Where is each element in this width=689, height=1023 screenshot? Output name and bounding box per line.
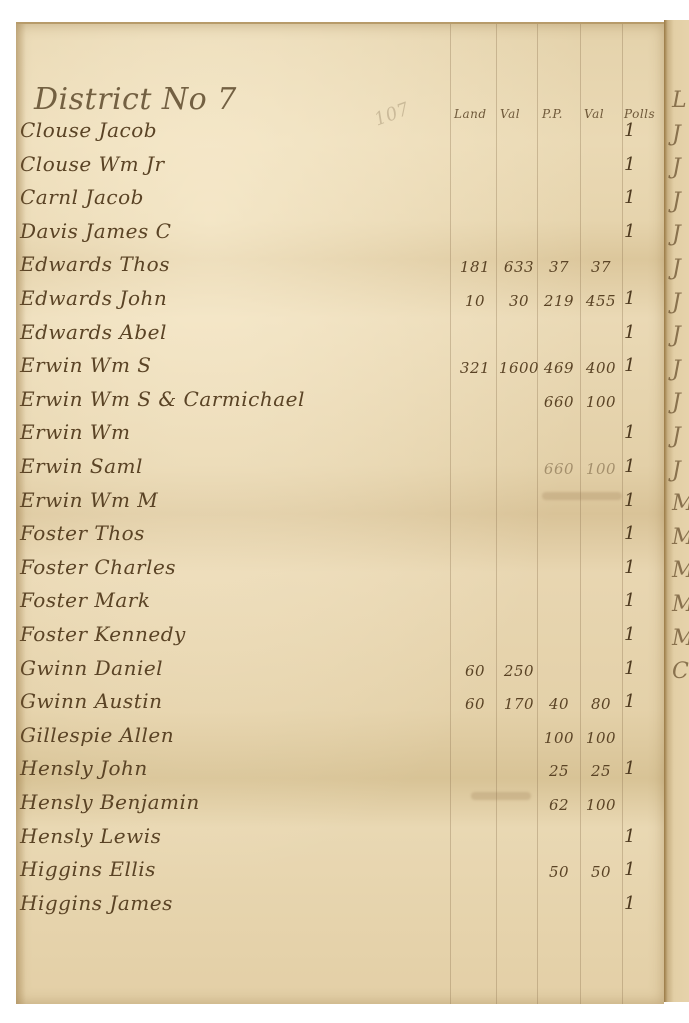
cell-polls: 1 bbox=[624, 691, 636, 712]
taxpayer-name: Foster Mark bbox=[20, 588, 150, 612]
cell-val2: 100 bbox=[578, 393, 624, 411]
cell-polls: 1 bbox=[624, 187, 636, 208]
cell-val2: 37 bbox=[578, 258, 624, 276]
cell-pp: 40 bbox=[536, 695, 582, 713]
taxpayer-name: Carnl Jacob bbox=[20, 185, 144, 209]
cell-val2: 100 bbox=[578, 796, 624, 814]
facing-page-letter: M bbox=[672, 626, 689, 651]
cell-polls: 1 bbox=[624, 322, 636, 343]
facing-page-letter: M bbox=[672, 525, 689, 550]
ledger-row: Davis James C1 bbox=[16, 217, 664, 250]
cell-pp: 100 bbox=[536, 729, 582, 747]
taxpayer-name: Hensly Lewis bbox=[20, 824, 161, 848]
cell-land: 60 bbox=[452, 695, 498, 713]
cell-polls: 1 bbox=[624, 456, 636, 477]
cell-land: 10 bbox=[452, 292, 498, 310]
taxpayer-name: Erwin Saml bbox=[20, 454, 143, 478]
cell-pp: 62 bbox=[536, 796, 582, 814]
cell-land: 60 bbox=[452, 662, 498, 680]
facing-page-letter: M bbox=[672, 592, 689, 617]
taxpayer-name: Clouse Wm Jr bbox=[20, 152, 165, 176]
taxpayer-name: Gillespie Allen bbox=[20, 723, 174, 747]
cell-val2: 25 bbox=[578, 762, 624, 780]
cell-pp: 25 bbox=[536, 762, 582, 780]
ledger-row: Clouse Jacob1 bbox=[16, 116, 664, 149]
ledger-row: Erwin Wm S32116004694001 bbox=[16, 351, 664, 384]
taxpayer-name: Foster Charles bbox=[20, 555, 176, 579]
cell-pp: 660 bbox=[536, 393, 582, 411]
cell-polls: 1 bbox=[624, 288, 636, 309]
ledger-row: Gwinn Austin6017040801 bbox=[16, 687, 664, 720]
ledger-row: Gillespie Allen100100 bbox=[16, 721, 664, 754]
taxpayer-name: Clouse Jacob bbox=[20, 118, 157, 142]
ledger-row: Edwards Thos1816333737 bbox=[16, 250, 664, 283]
facing-page-edge: LJJJJJJJJJJJMMMMMC bbox=[664, 20, 689, 1002]
cell-polls: 1 bbox=[624, 557, 636, 578]
cell-pp: 660 bbox=[536, 460, 582, 478]
taxpayer-name: Erwin Wm S bbox=[20, 353, 152, 377]
taxpayer-name: Hensly John bbox=[20, 756, 148, 780]
facing-page-letter: J bbox=[672, 222, 681, 247]
facing-page-letter: J bbox=[672, 189, 681, 214]
cell-land: 321 bbox=[452, 359, 498, 377]
facing-page-letter: J bbox=[672, 122, 681, 147]
facing-page-letter: J bbox=[672, 390, 681, 415]
ledger-row: Foster Kennedy1 bbox=[16, 620, 664, 653]
cell-val2: 80 bbox=[578, 695, 624, 713]
district-title: District No 7 bbox=[34, 82, 237, 117]
ledger-row: Foster Charles1 bbox=[16, 553, 664, 586]
taxpayer-name: Erwin Wm bbox=[20, 420, 130, 444]
taxpayer-name: Davis James C bbox=[20, 219, 171, 243]
cell-polls: 1 bbox=[624, 758, 636, 779]
cell-val2: 455 bbox=[578, 292, 624, 310]
cell-polls: 1 bbox=[624, 355, 636, 376]
ledger-row: Gwinn Daniel602501 bbox=[16, 654, 664, 687]
ledger-row: Higgins James1 bbox=[16, 889, 664, 922]
taxpayer-name: Erwin Wm S & Carmichael bbox=[20, 387, 305, 411]
ledger-row: Hensly Benjamin62100 bbox=[16, 788, 664, 821]
taxpayer-name: Gwinn Daniel bbox=[20, 656, 163, 680]
cell-pp: 50 bbox=[536, 863, 582, 881]
cell-val1: 250 bbox=[496, 662, 542, 680]
cell-polls: 1 bbox=[624, 120, 636, 141]
taxpayer-name: Edwards Abel bbox=[20, 320, 167, 344]
taxpayer-name: Higgins Ellis bbox=[20, 857, 156, 881]
facing-page-letter: J bbox=[672, 357, 681, 382]
facing-page-letter: C bbox=[672, 659, 689, 684]
facing-page-letter: J bbox=[672, 155, 681, 180]
cell-polls: 1 bbox=[624, 221, 636, 242]
cell-polls: 1 bbox=[624, 658, 636, 679]
facing-page-letter: M bbox=[672, 558, 689, 583]
taxpayer-name: Erwin Wm M bbox=[20, 488, 158, 512]
cell-polls: 1 bbox=[624, 893, 636, 914]
ledger-row: Hensly Lewis1 bbox=[16, 822, 664, 855]
ledger-row: Erwin Wm S & Carmichael660100 bbox=[16, 385, 664, 418]
taxpayer-name: Foster Thos bbox=[20, 521, 145, 545]
facing-page-letter: J bbox=[672, 290, 681, 315]
cell-polls: 1 bbox=[624, 624, 636, 645]
cell-pp: 219 bbox=[536, 292, 582, 310]
cell-polls: 1 bbox=[624, 523, 636, 544]
cell-land: 181 bbox=[452, 258, 498, 276]
cell-pp: 37 bbox=[536, 258, 582, 276]
taxpayer-name: Higgins James bbox=[20, 891, 173, 915]
cell-polls: 1 bbox=[624, 422, 636, 443]
taxpayer-name: Gwinn Austin bbox=[20, 689, 163, 713]
facing-page-letter: J bbox=[672, 323, 681, 348]
ledger-row: Foster Thos1 bbox=[16, 519, 664, 552]
facing-page-letter: J bbox=[672, 424, 681, 449]
ledger-row: Erwin Wm M1 bbox=[16, 486, 664, 519]
taxpayer-name: Foster Kennedy bbox=[20, 622, 186, 646]
facing-page-letter: M bbox=[672, 491, 689, 516]
cell-polls: 1 bbox=[624, 590, 636, 611]
taxpayer-name: Hensly Benjamin bbox=[20, 790, 200, 814]
ledger-row: Edwards Abel1 bbox=[16, 318, 664, 351]
cell-polls: 1 bbox=[624, 490, 636, 511]
facing-page-letter: J bbox=[672, 458, 681, 483]
cell-val2: 100 bbox=[578, 460, 624, 478]
facing-page-letter: L bbox=[672, 88, 687, 113]
cell-polls: 1 bbox=[624, 859, 636, 880]
ledger-scan: District No 7 107 Land Val P.P. Val Poll… bbox=[0, 0, 689, 1023]
ledger-row: Carnl Jacob1 bbox=[16, 183, 664, 216]
ledger-row: Clouse Wm Jr1 bbox=[16, 150, 664, 183]
ledger-row: Erwin Wm1 bbox=[16, 418, 664, 451]
cell-val2: 50 bbox=[578, 863, 624, 881]
cell-polls: 1 bbox=[624, 826, 636, 847]
ledger-row: Higgins Ellis50501 bbox=[16, 855, 664, 888]
ledger-page: District No 7 107 Land Val P.P. Val Poll… bbox=[16, 22, 664, 1004]
ledger-row: Erwin Saml6601001 bbox=[16, 452, 664, 485]
cell-val2: 400 bbox=[578, 359, 624, 377]
ledger-row: Hensly John25251 bbox=[16, 754, 664, 787]
taxpayer-name: Edwards Thos bbox=[20, 252, 170, 276]
ledger-row: Foster Mark1 bbox=[16, 586, 664, 619]
taxpayer-name: Edwards John bbox=[20, 286, 167, 310]
cell-pp: 469 bbox=[536, 359, 582, 377]
cell-polls: 1 bbox=[624, 154, 636, 175]
ledger-row: Edwards John10302194551 bbox=[16, 284, 664, 317]
facing-page-letter: J bbox=[672, 256, 681, 281]
cell-val2: 100 bbox=[578, 729, 624, 747]
